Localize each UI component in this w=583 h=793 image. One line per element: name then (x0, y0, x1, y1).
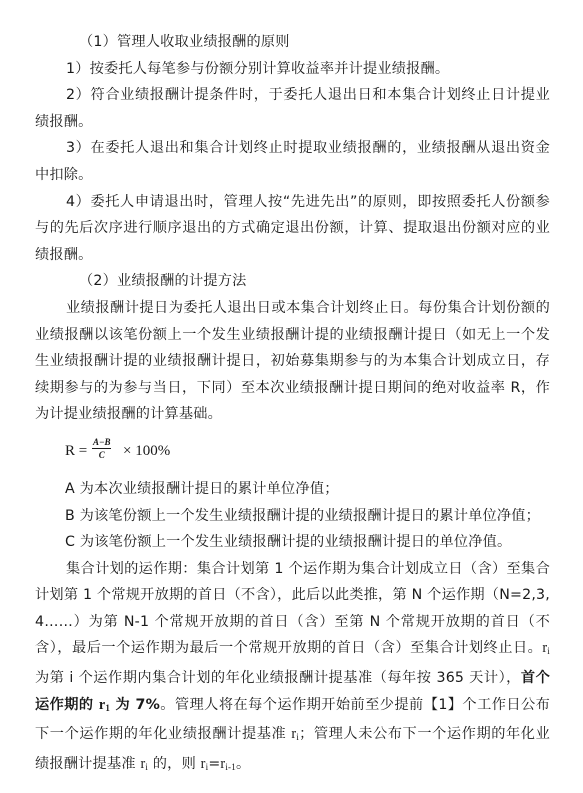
definition-b: B 为该笔份额上一个发生业绩报酬计提的业绩报酬计提日的累计单位净值； (65, 503, 550, 530)
formula-lhs: R = (65, 443, 87, 460)
formula-definitions: A 为本次业绩报酬计提日的累计单位净值； B 为该笔份额上一个发生业绩报酬计提的… (65, 476, 550, 556)
operation-period-text: 集合计划的运作期：集合计划第 1 个运作期为集合计划成立日（含）至集合计划第 1… (35, 561, 550, 657)
section1-heading: （1）管理人收取业绩报酬的原则 (35, 29, 550, 56)
return-formula: R = A−B C × 100% (65, 432, 550, 476)
formula-denominator: C (92, 449, 111, 461)
definition-a: A 为本次业绩报酬计提日的累计单位净值； (65, 476, 550, 503)
formula-fraction: A−B C (92, 436, 111, 461)
formula-rhs: × 100% (123, 443, 170, 460)
equals-sign: = (208, 756, 220, 772)
r1-value-bold: 为 7% (110, 697, 160, 713)
ri-subscript: i (547, 646, 550, 656)
principle-item-4: 4）委托人申请退出时，管理人按“先进先出”的原则，即按照委托人份额参与的先后次序… (35, 189, 550, 269)
principle-item-1: 1）按委托人每笔参与份额分别计算收益率并计提业绩报酬。 (35, 56, 550, 83)
then-text: 的，则 (148, 756, 201, 772)
operation-period-paragraph: 集合计划的运作期：集合计划第 1 个运作期为集合计划成立日（含）至集合计划第 1… (35, 556, 550, 781)
formula-numerator: A−B (92, 436, 111, 449)
period-end: 。 (236, 756, 250, 772)
principle-item-3: 3）在委托人退出和集合计划终止时提取业绩报酬的，业绩报酬从退出资金中扣除。 (35, 135, 550, 188)
section2-heading: （2）业绩报酬的计提方法 (35, 268, 550, 295)
r-prev-subscript: i-1 (225, 762, 236, 772)
document-page: （1）管理人收取业绩报酬的原则 1）按委托人每笔参与份额分别计算收益率并计提业绩… (35, 29, 550, 780)
section2-intro: 业绩报酬计提日为委托人退出日或本集合计划终止日。每份集合计划份额的业绩报酬以该笔… (35, 295, 550, 428)
ri-definition: 为第 i 个运作期内集合计划的年化业绩报酬计提基准（每年按 365 天计）， (35, 670, 521, 686)
definition-c: C 为该笔份额上一个发生业绩报酬计提的业绩报酬计提日的单位净值。 (65, 529, 550, 556)
principle-item-2: 2）符合业绩报酬计提条件时，于委托人退出日和本集合计划终止日计提业绩报酬。 (35, 82, 550, 135)
